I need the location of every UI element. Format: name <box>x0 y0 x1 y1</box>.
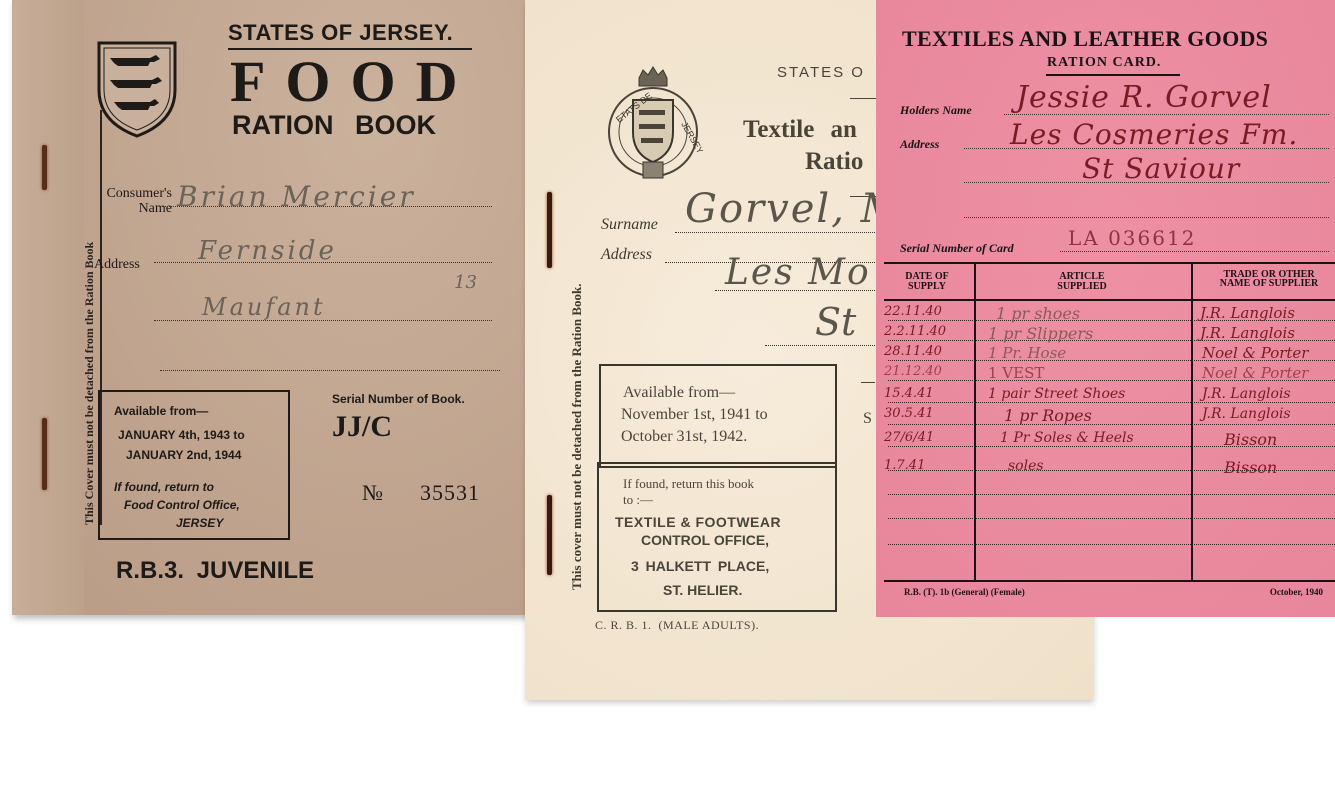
table-row: 30.5.41 1 pr Ropes J.R. Langlois <box>884 406 1335 424</box>
staple <box>42 145 47 190</box>
cell-article: 1 pr Slippers <box>988 324 1093 343</box>
return-box: If found, return this book to :— TEXTILE… <box>597 462 837 612</box>
serial-number-label: Serial Number of Book. <box>332 392 465 406</box>
cell-article: 1 Pr Soles & Heels <box>1000 430 1134 446</box>
serial-rule <box>861 382 875 383</box>
available-date-start: November 1st, 1941 to <box>621 406 768 424</box>
cell-supplier: J.R. Langlois <box>1200 304 1295 322</box>
card-title: TEXTILES AND LEATHER GOODS <box>902 26 1268 52</box>
return-line-1: If found, return to <box>114 480 214 494</box>
header-states-of-jersey: STATES OF JERSEY. <box>228 20 453 46</box>
address-value-line2: St <box>815 300 856 344</box>
cell-date: 21.12.40 <box>884 364 942 379</box>
consumers-name-label: Consumer's Name <box>92 186 172 216</box>
card-footer-form-code: R.B. (T). 1b (General) (Female) <box>904 587 1025 597</box>
cell-article: 1 VEST <box>988 364 1044 382</box>
cell-date: 30.5.41 <box>884 406 934 421</box>
cell-date: 27/6/41 <box>884 430 934 445</box>
available-date-start: JANUARY 4th, 1943 to <box>118 428 245 442</box>
cell-article: 1 Pr. Hose <box>988 344 1066 362</box>
office-line-2: CONTROL OFFICE, <box>641 532 769 548</box>
office-line-3: 3 HALKETT PLACE, <box>631 558 769 574</box>
address-line-3 <box>160 370 500 371</box>
availability-box: Available from— November 1st, 1941 to Oc… <box>599 364 837 468</box>
available-date-end: JANUARY 2nd, 1944 <box>126 448 241 462</box>
cell-date: 15.4.41 <box>884 386 934 401</box>
cell-supplier: Noel & Porter <box>1202 364 1308 382</box>
address-line-2 <box>715 290 875 291</box>
spine-warning-text: This cover must not be detached from the… <box>569 90 585 590</box>
spine-warning-text: This Cover must not be detached from the… <box>82 105 97 525</box>
title-textile: Textile an <box>743 116 857 144</box>
address-value-line1: Fernside <box>198 236 337 266</box>
serial-code: JJ/C <box>332 410 392 444</box>
cell-date: 22.11.40 <box>884 304 942 319</box>
office-line-1: TEXTILE & FOOTWEAR <box>615 514 781 530</box>
food-ration-book: This Cover must not be detached from the… <box>12 0 528 615</box>
address-value-line2: St Saviour <box>1082 152 1240 185</box>
holders-name-value: Jessie R. Gorvel <box>1016 80 1272 115</box>
surname-label: Surname <box>601 216 658 234</box>
cell-date: 2.2.11.40 <box>884 324 946 339</box>
header-bottom-rule <box>884 299 1335 301</box>
cell-supplier: Bisson <box>1224 430 1277 449</box>
consumers-name-value: Brian Mercier <box>177 180 416 213</box>
table-row: 27/6/41 1 Pr Soles & Heels Bisson <box>884 430 1335 448</box>
availability-box: Available from— JANUARY 4th, 1943 to JAN… <box>98 390 290 540</box>
address-value-line1: Les Cosmeries Fm. <box>1010 118 1298 151</box>
book-number: 35531 <box>420 480 480 506</box>
cell-article: 1 pr shoes <box>996 304 1080 323</box>
cell-supplier: J.R. Langlois <box>1202 386 1291 402</box>
title-food: FOOD <box>230 48 478 115</box>
column-header-article: ARTICLE SUPPLIED <box>1044 272 1120 292</box>
staple <box>547 192 552 268</box>
cell-supplier: Bisson <box>1224 458 1277 477</box>
table-row: 2.2.11.40 1 pr Slippers J.R. Langlois <box>884 324 1335 342</box>
address-value-line2: Maufant <box>202 293 326 321</box>
address-note: 13 <box>454 272 477 293</box>
header-states: STATES O <box>777 64 865 81</box>
staple <box>42 418 47 490</box>
card-footer-date: October, 1940 <box>1270 587 1323 597</box>
table-row: 21.12.40 1 VEST Noel & Porter <box>884 364 1335 382</box>
serial-number-label: Serial Number of Card <box>900 241 1014 256</box>
address-label: Address <box>601 246 652 264</box>
return-line-2: Food Control Office, <box>124 498 240 512</box>
title-ration: Ratio <box>805 148 863 176</box>
table-row: 22.11.40 1 pr shoes J.R. Langlois <box>884 304 1335 322</box>
surname-line <box>675 232 875 233</box>
cell-supplier: J.R. Langlois <box>1200 324 1295 342</box>
column-header-date: DATE OF SUPPLY <box>892 272 962 292</box>
table-bottom-rule <box>884 580 1335 582</box>
etats-de-jersey-crest-icon: ETATS DE JERSEY <box>603 64 703 186</box>
address-line-3 <box>964 217 1329 218</box>
svg-text:JERSEY: JERSEY <box>679 120 703 155</box>
return-line-3: JERSEY <box>176 516 223 530</box>
serial-label-partial: S <box>863 410 872 428</box>
serial-line <box>1060 251 1329 252</box>
holders-name-label: Holders Name <box>900 103 972 118</box>
cell-date: 28.11.40 <box>884 344 942 359</box>
cell-supplier: Noel & Porter <box>1202 344 1308 362</box>
book-type-footer: C. R. B. 1. (MALE ADULTS). <box>595 618 759 633</box>
cell-date: 1.7.41 <box>884 458 925 473</box>
address-label: Address <box>94 257 140 273</box>
table-row: 28.11.40 1 Pr. Hose Noel & Porter <box>884 344 1335 362</box>
cell-supplier: J.R. Langlois <box>1202 406 1291 422</box>
staple <box>547 495 552 575</box>
column-header-supplier: TRADE OR OTHER NAME OF SUPPLIER <box>1214 270 1324 288</box>
address-label: Address <box>900 137 939 152</box>
address-value-line1: Les Mo <box>725 252 871 293</box>
title-ration-book: RATION BOOK <box>232 110 436 141</box>
return-line-1: If found, return this book <box>623 476 754 492</box>
book-spine <box>12 0 84 615</box>
available-date-end: October 31st, 1942. <box>621 428 747 446</box>
address-line-3 <box>765 345 875 346</box>
surname-value: Gorvel, M <box>685 186 904 232</box>
office-line-4: ST. HELIER. <box>663 582 742 598</box>
jersey-crest-icon <box>96 40 178 138</box>
card-subtitle: RATION CARD. <box>1047 55 1161 71</box>
serial-number-value: LA 036612 <box>1068 226 1196 250</box>
cell-article: 1 pr Ropes <box>1004 406 1092 425</box>
number-symbol: № <box>362 480 383 506</box>
textiles-leather-ration-card: TEXTILES AND LEATHER GOODS RATION CARD. … <box>876 0 1335 617</box>
supply-table: DATE OF SUPPLY ARTICLE SUPPLIED TRADE OR… <box>884 262 1335 580</box>
cell-article: 1 pair Street Shoes <box>988 386 1125 402</box>
subtitle-rule <box>1046 74 1180 76</box>
table-row: 15.4.41 1 pair Street Shoes J.R. Langloi… <box>884 386 1335 404</box>
available-from-heading: Available from— <box>623 384 735 402</box>
table-top-rule <box>884 262 1335 264</box>
return-line-2: to :— <box>623 492 653 508</box>
book-type-footer: R.B.3. JUVENILE <box>116 557 314 585</box>
cell-article: soles <box>1008 458 1044 474</box>
table-row: 1.7.41 soles Bisson <box>884 458 1335 476</box>
available-from-heading: Available from— <box>114 404 208 418</box>
